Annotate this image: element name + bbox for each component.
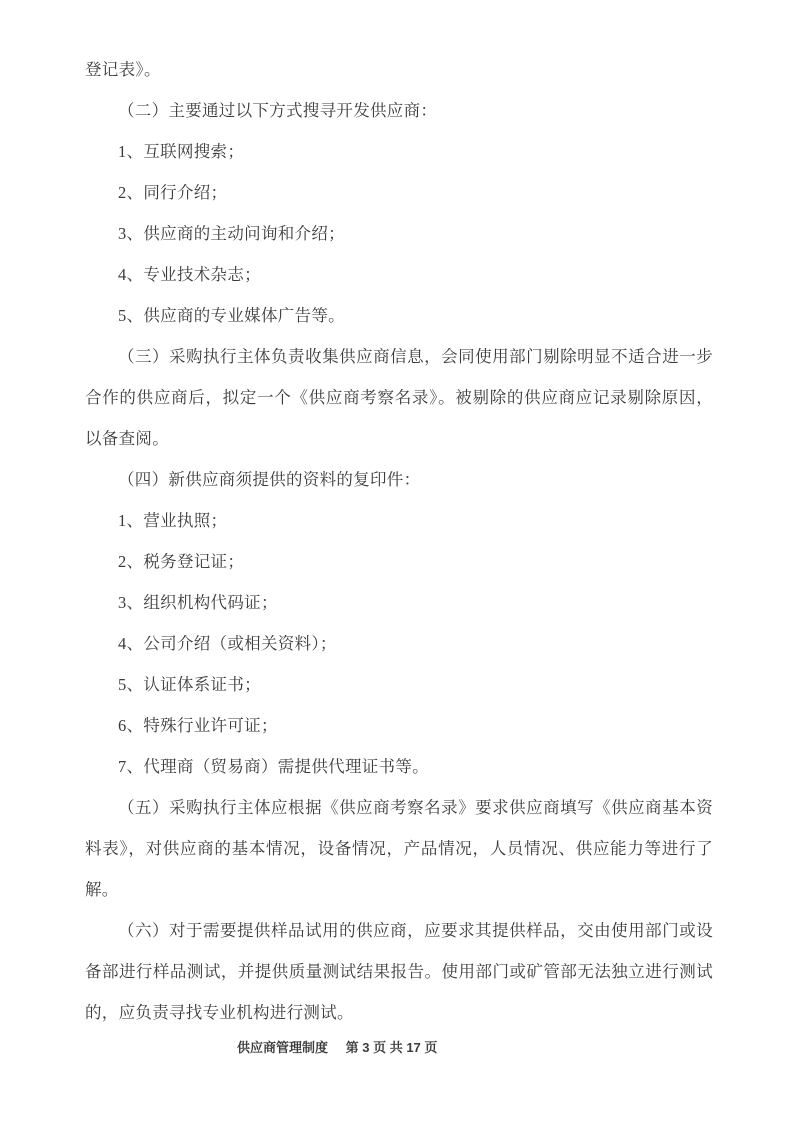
paragraph: 7、代理商（贸易商）需提供代理证书等。 [85, 746, 713, 787]
paragraph: 4、专业技术杂志； [85, 254, 713, 295]
document-page: 登记表》。（二）主要通过以下方式搜寻开发供应商：1、互联网搜索；2、同行介绍；3… [0, 0, 793, 1122]
paragraph: 3、组织机构代码证； [85, 582, 713, 623]
paragraph: 1、营业执照； [85, 500, 713, 541]
paragraph: （四）新供应商须提供的资料的复印件： [85, 459, 713, 500]
paragraph: 5、供应商的专业媒体广告等。 [85, 295, 713, 336]
paragraph: 3、供应商的主动问询和介绍； [85, 213, 713, 254]
footer-page-label: 第 3 页 共 17 页 [346, 1040, 438, 1055]
paragraph: 1、互联网搜索； [85, 131, 713, 172]
paragraph: 5、认证体系证书； [85, 664, 713, 705]
paragraph: （二）主要通过以下方式搜寻开发供应商： [85, 90, 713, 131]
paragraph: 6、特殊行业许可证； [85, 705, 713, 746]
document-body: 登记表》。（二）主要通过以下方式搜寻开发供应商：1、互联网搜索；2、同行介绍；3… [85, 49, 713, 1033]
paragraph: （五）采购执行主体应根据《供应商考察名录》要求供应商填写《供应商基本资料表》，对… [85, 787, 713, 910]
page-footer: 供应商管理制度 第 3 页 共 17 页 [237, 1037, 437, 1056]
paragraph: 2、税务登记证； [85, 541, 713, 582]
paragraph: 2、同行介绍； [85, 172, 713, 213]
paragraph: 4、公司介绍（或相关资料）； [85, 623, 713, 664]
paragraph: （三）采购执行主体负责收集供应商信息，会同使用部门剔除明显不适合进一步合作的供应… [85, 336, 713, 459]
paragraph: 登记表》。 [85, 49, 713, 90]
footer-doc-title: 供应商管理制度 [237, 1040, 328, 1055]
paragraph: （六）对于需要提供样品试用的供应商，应要求其提供样品，交由使用部门或设备部进行样… [85, 910, 713, 1033]
